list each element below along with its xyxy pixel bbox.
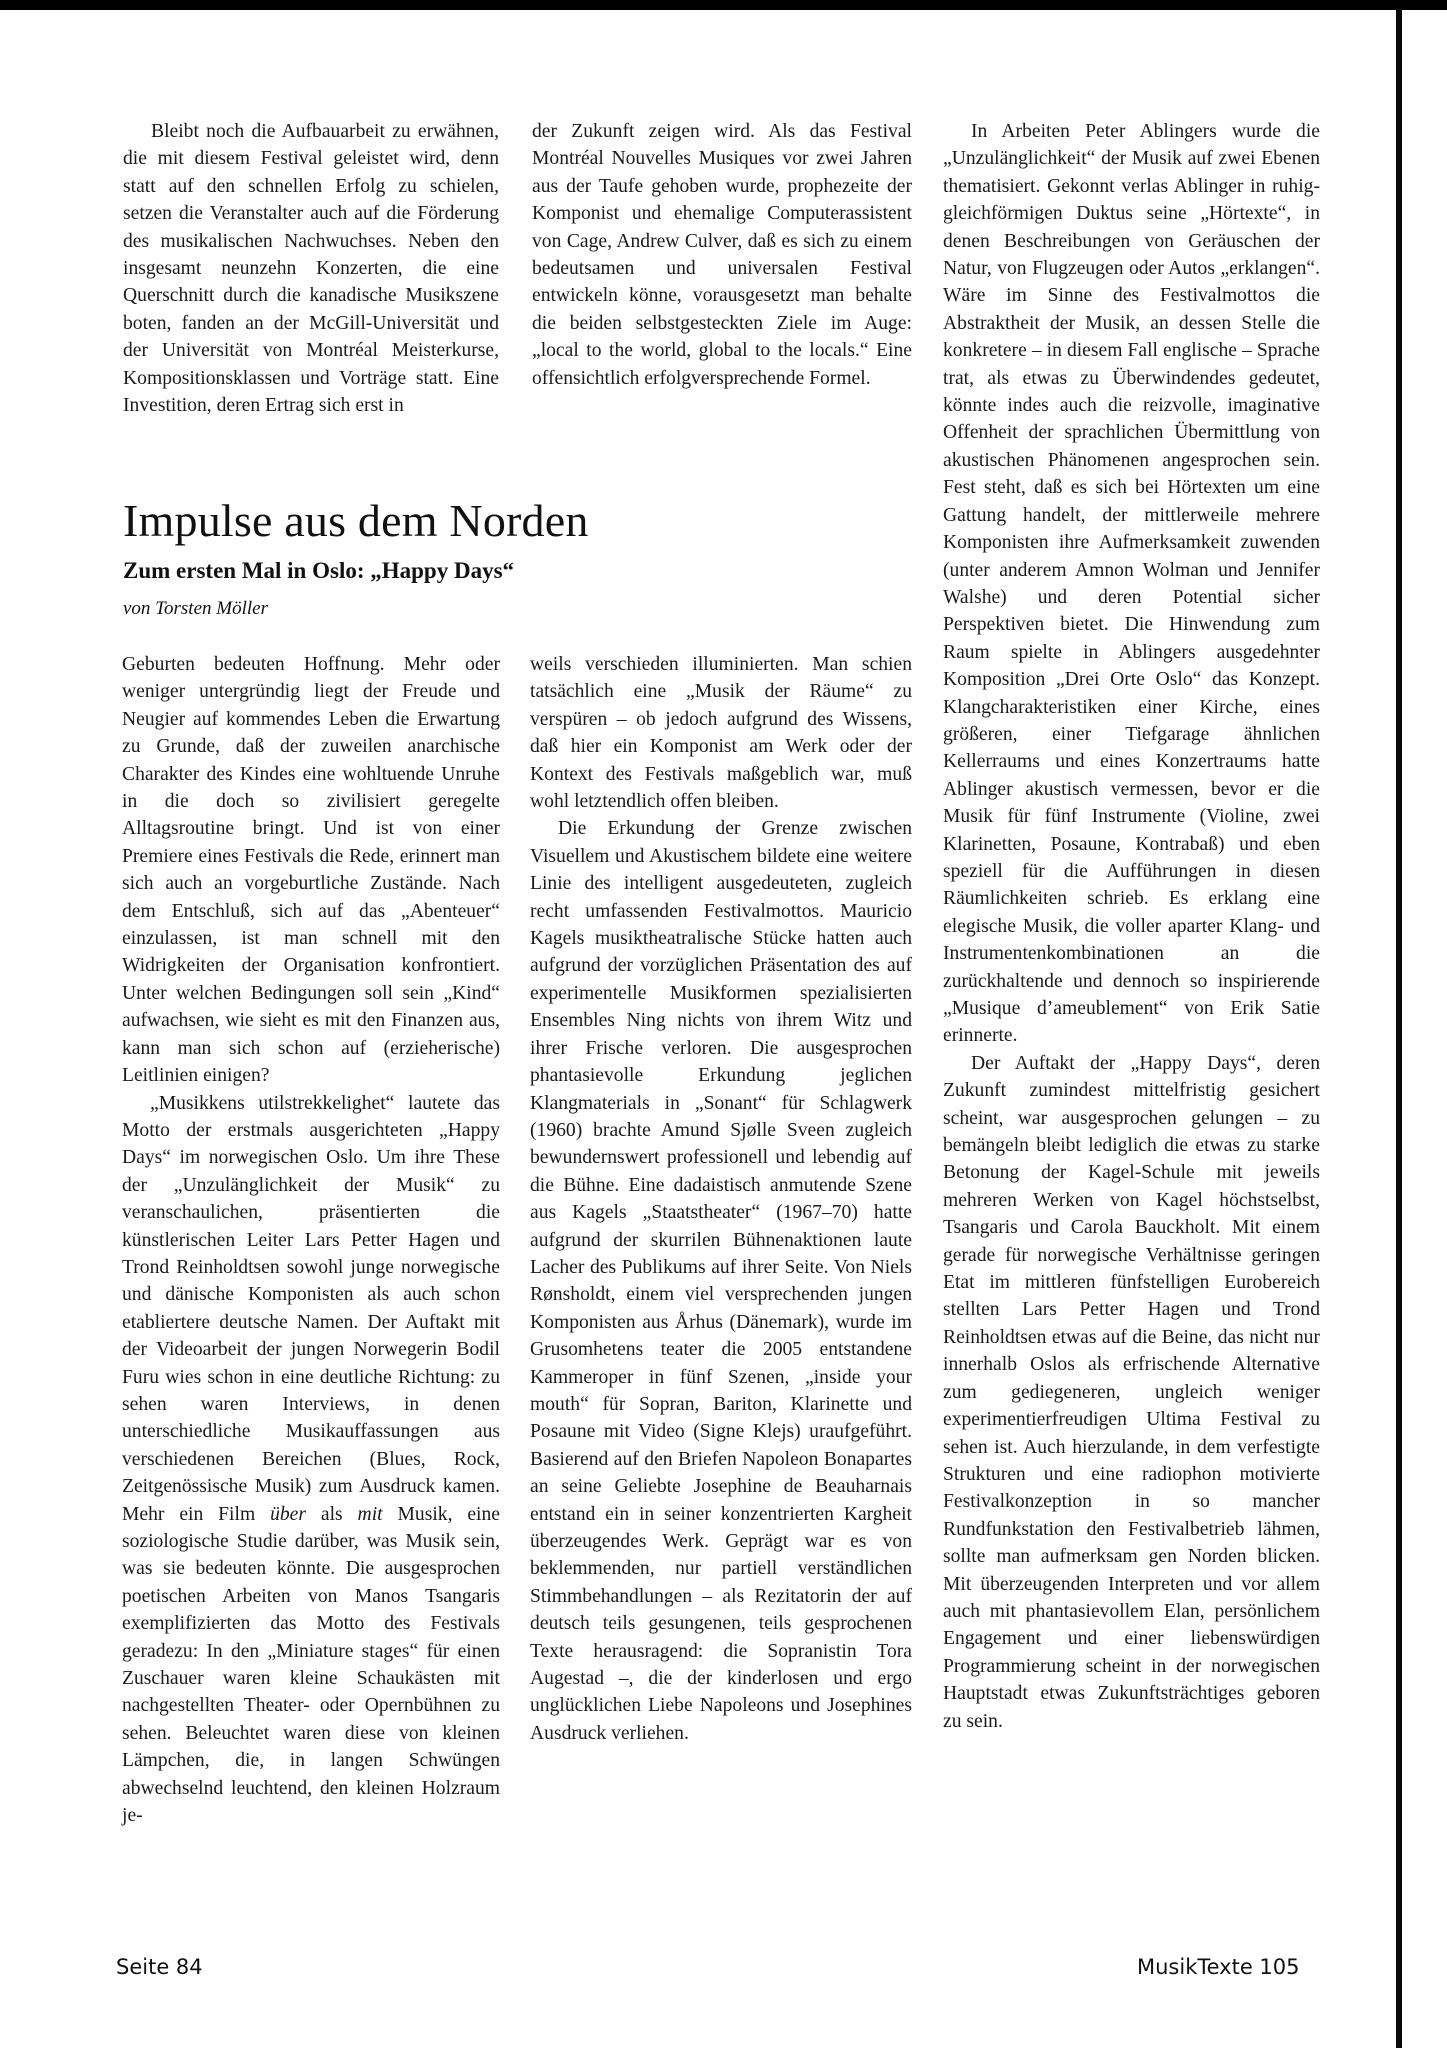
- paragraph: Bleibt noch die Aufbauarbeit zu erwähnen…: [123, 118, 499, 419]
- article-column-2: weils verschieden illuminierten. Man sch…: [530, 651, 912, 1747]
- article-column-3: In Arbeiten Peter Ablingers wurde die „U…: [943, 118, 1320, 1735]
- scan-page-edge-line: [1396, 8, 1402, 2048]
- previous-article-column-2: der Zukunft zeigen wird. Als das Festiva…: [532, 118, 912, 392]
- text-run: Musik, eine soziologische Studie darüber…: [122, 1504, 500, 1826]
- paragraph: der Zukunft zeigen wird. Als das Festiva…: [532, 118, 912, 392]
- magazine-issue-label: MusikTexte 105: [1137, 1954, 1300, 1980]
- paragraph: Die Erkundung der Grenze zwischen Visuel…: [530, 815, 912, 1747]
- paragraph: „Musikkens utilstrekkelighet“ lautete da…: [122, 1090, 500, 1830]
- paragraph: In Arbeiten Peter Ablingers wurde die „U…: [943, 118, 1320, 1050]
- paragraph: Der Auftakt der „Happy Days“, deren Zuku…: [943, 1050, 1320, 1735]
- article-column-1: Geburten bedeuten Hoffnung. Mehr oder we…: [122, 651, 500, 1829]
- text-run: als: [306, 1504, 358, 1525]
- article-subtitle: Zum ersten Mal in Oslo: „Happy Days“: [123, 556, 514, 586]
- page-number-left: Seite 84: [116, 1954, 203, 1980]
- article-title: Impulse aus dem Norden: [123, 493, 589, 549]
- paragraph: weils verschieden illuminierten. Man sch…: [530, 651, 912, 815]
- paragraph: Geburten bedeuten Hoffnung. Mehr oder we…: [122, 651, 500, 1090]
- text-run: „Musikkens utilstrekkelighet“ lautete da…: [122, 1093, 500, 1525]
- emphasis: mit: [358, 1504, 383, 1525]
- article-byline: von Torsten Möller: [123, 596, 268, 622]
- scan-top-edge: [0, 0, 1447, 10]
- emphasis: über: [270, 1504, 306, 1525]
- previous-article-column-1: Bleibt noch die Aufbauarbeit zu erwähnen…: [123, 118, 499, 419]
